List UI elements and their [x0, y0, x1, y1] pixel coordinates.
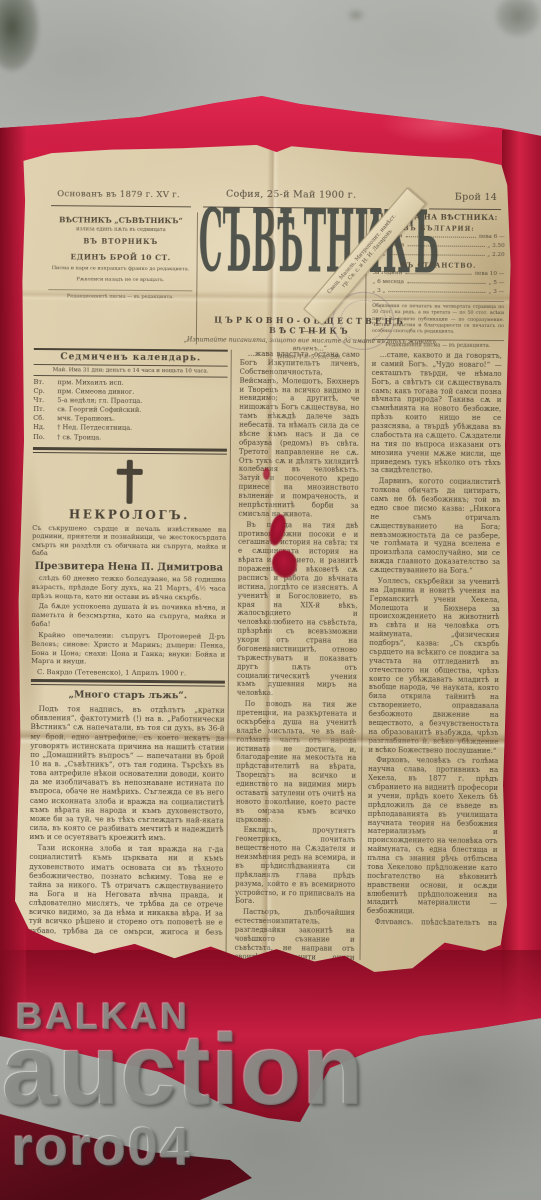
- header-rule: [429, 208, 501, 210]
- watermark-auction: auction: [2, 1020, 365, 1120]
- price-row: „ 3 „„ 3 —: [372, 287, 504, 297]
- deceased-name: Презвитера Нена П. Димитрова: [32, 561, 226, 574]
- cloth-highlight: [380, 104, 500, 144]
- necrolog-intro: Съ съкрушено сърдце и печаль извѣстяваме…: [32, 524, 226, 560]
- article-paragraph: Фирховъ, человѣкъ съ голѣма научна слава…: [367, 756, 498, 917]
- price-term: „ 6 месеца: [372, 278, 404, 287]
- calendar-day: Ср.: [33, 387, 57, 396]
- middle-column: …жава властьта, остана само Богъ Изкупит…: [234, 350, 359, 966]
- article-paragraph: Евклидъ, прочутиятъ геометрикъ, почиталъ…: [235, 826, 356, 907]
- article-paragraph: По поводъ на тия же претенции, на разкър…: [236, 700, 357, 825]
- calendar-day: По.: [33, 433, 57, 442]
- price-value: „ 3.50: [487, 242, 504, 251]
- article-paragraph: Въ повода на тия двѣ противоположни посо…: [237, 520, 359, 699]
- price-value: лева 10 —: [474, 270, 504, 279]
- auction-photo: Основанъ въ 1879 г. XV г. София, 25-й Ма…: [0, 0, 541, 1200]
- dot-leader: [407, 245, 484, 247]
- section-rule: [31, 679, 225, 687]
- price-box-footer: Редакционни писма — въ редакцията.: [372, 339, 504, 349]
- masthead-info-line: Рѫкописи назадъ не се връщатъ.: [48, 276, 192, 284]
- price-row: „ 3 „„ 2.20: [373, 250, 505, 260]
- calendar-entry: † св. Троица.: [57, 433, 227, 444]
- masthead-info-line: Редакционнитѣ писма — въ редакцията.: [48, 289, 192, 300]
- article-paragraph: …жава властьта, остана само Богъ Изкупит…: [238, 350, 359, 520]
- debris-spot: [496, 0, 540, 36]
- masthead-info-line: ВѢСТНИКЪ „СЪВѢТНИКЪ“: [49, 215, 193, 225]
- price-value: „ 3 —: [488, 288, 504, 297]
- necrolog-title: НЕКРОЛОГЪ.: [32, 507, 226, 523]
- price-value: лева 6 —: [478, 233, 505, 242]
- masthead-info: ВѢСТНИКЪ „СЪВѢТНИКЪ“ излиза единъ пѫть в…: [48, 215, 193, 300]
- article-paragraph: Флурансъ, прѣдсѣдательтъ на комисията, с…: [367, 918, 497, 925]
- left-column: Седмиченъ календарь. Май. Има 31 дни; де…: [29, 348, 228, 937]
- masthead-info-line: ВЪ ВТОРНИКЪ: [49, 236, 193, 246]
- masthead-info-line: ЕДИНЪ БРОЙ 10 СТ.: [49, 252, 193, 262]
- dot-leader: [407, 283, 486, 285]
- necrolog-paragraph: Да бѫде успокоена душата ѝ въ почивка вѣ…: [31, 602, 225, 630]
- calendar-day: Сб.: [33, 414, 57, 423]
- necrolog-family: Крайно опечалени: съпругъ Протоиерей Д-р…: [31, 631, 225, 668]
- price-value: „ 2.20: [487, 251, 504, 260]
- calendar-row: По.† св. Троица.: [33, 433, 227, 444]
- calendar-day: Чт.: [33, 396, 57, 405]
- newspaper-page: Основанъ въ 1879 г. XV г. София, 25-й Ма…: [14, 141, 513, 975]
- necrolog-paragraph: слѣдъ 60 дневно тежко боледуване, на 58 …: [32, 574, 226, 602]
- price-term: За година: [372, 269, 402, 278]
- article-paragraph: Подъ тоя надписъ, въ отдѣлътъ „кратки об…: [30, 704, 225, 843]
- calendar-day: Пт.: [33, 405, 57, 414]
- debris-spot: [348, 10, 364, 20]
- article-title: „Много старъ лъжь“.: [31, 689, 225, 702]
- issue-number: Брой 14: [455, 192, 497, 203]
- dot-leader: [405, 274, 471, 276]
- calendar-day: Вт.: [33, 378, 57, 387]
- debris-smudge: [0, 0, 38, 70]
- paper-tear: [263, 468, 270, 480]
- section-rule: [33, 447, 227, 455]
- article-paragraph: Уоллесъ, скърбейки за ученитѣ на Дарвина…: [368, 577, 500, 756]
- calendar-day: Нд.: [33, 423, 57, 432]
- masthead-info-line: Писма и пари се изпращатъ франко до реда…: [48, 265, 192, 273]
- newspaper-content: Основанъ въ 1879 г. XV г. София, 25-й Ма…: [14, 141, 513, 975]
- dot-leader: [405, 236, 475, 238]
- header-rule: [51, 205, 191, 207]
- right-column: …стане, каквото и да говорятъ, и самий Б…: [367, 351, 502, 925]
- masthead-info-line: излиза единъ пѫть въ седмицата: [49, 226, 193, 233]
- article-paragraph: Дарвинъ, когото социалиститѣ толкова оби…: [370, 477, 501, 576]
- calendar: Седмиченъ календарь. Май. Има 31 дни; де…: [33, 348, 228, 446]
- dot-leader: [388, 291, 485, 293]
- article-paragraph: Тази исконна злоба и тая вражда на г-да …: [29, 843, 224, 936]
- founded-note: Основанъ въ 1879 г. XV г.: [57, 189, 180, 200]
- necrolog-signature: С. Ваярдо (Тетевенско), 1 Априлъ 1900 г.: [31, 668, 225, 678]
- calendar-table: Вт.прм. Михаилъ исп. Ср.прм. Симеона див…: [33, 376, 228, 446]
- watermark-roro04: roro04: [12, 1120, 192, 1174]
- article-paragraph: …стане, каквото и да говорятъ, и самий Б…: [371, 351, 502, 476]
- dot-leader: [389, 254, 484, 256]
- cross-icon: [114, 459, 144, 503]
- price-value: „ 5 —: [488, 279, 504, 288]
